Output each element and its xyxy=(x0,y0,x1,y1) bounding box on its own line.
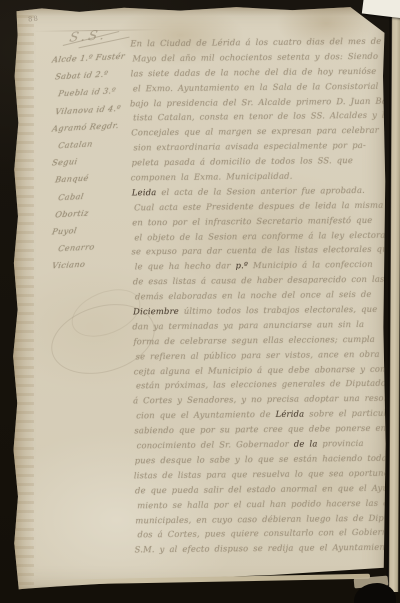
faint-ink-text: peleta pasada á domicilio de todos los S… xyxy=(132,155,354,167)
manuscript-photo: 88 S.S. Alcde 1.º FustérSabat id 2.ºPueb… xyxy=(0,0,400,603)
faint-ink-text: sion extraordinaria avisada especialment… xyxy=(133,140,366,152)
faint-ink-text: dos á Cortes, pues quiere consultarlo co… xyxy=(137,527,400,540)
faint-ink-text: están próximas, las elecciones generales… xyxy=(136,378,391,391)
faint-ink-text: Mayo del año mil ochocientos setenta y d… xyxy=(132,51,378,64)
faint-ink-text: cion que el Ayuntamiento de xyxy=(136,409,275,420)
faint-ink-text: Municipio á la confeccion xyxy=(253,259,373,270)
faint-ink-text: se expuso para dar cuenta de las listas … xyxy=(131,244,393,257)
faint-ink-text: Concejales que al margen se expresan par… xyxy=(131,125,400,138)
faint-ink-text: el acta de la Sesion anterior fue aproba… xyxy=(161,185,365,197)
next-page-edge xyxy=(386,10,400,592)
faint-ink-text: miento se halla por el cual han podido h… xyxy=(137,497,400,510)
faint-ink-text: bajo la presidencia del Sr. Alcalde prim… xyxy=(130,95,396,108)
faint-ink-text: dan ya terminadas ya para anunciarse aun… xyxy=(132,319,364,331)
dark-ink-word: de la xyxy=(294,438,323,448)
faint-ink-text: sabiendo que por su parte cree que debe … xyxy=(134,423,386,436)
faint-ink-text: el Exmo. Ayuntamiento en la Sala de la C… xyxy=(133,80,379,93)
faint-ink-text: S.M. y al efecto dispuso se redija que e… xyxy=(135,542,394,555)
faint-ink-text: en tono por el infrascrito Secretario ma… xyxy=(132,215,372,228)
dark-ink-word: Leida xyxy=(132,187,162,197)
faint-ink-text: último todos los trabajos electorales, q… xyxy=(184,304,378,316)
dark-ink-word: p.º xyxy=(236,260,254,270)
manuscript-page: 88 S.S. Alcde 1.º FustérSabat id 2.ºPueb… xyxy=(12,6,386,590)
faint-ink-text: municipales, en cuyo caso débieran luego… xyxy=(135,512,400,525)
faint-ink-text: sobre el particular xyxy=(309,408,396,419)
next-page-white-corner xyxy=(362,0,400,18)
faint-ink-text: le que ha hecho dar xyxy=(135,261,236,272)
faint-ink-text: listas de listas para que resuelva lo qu… xyxy=(134,467,400,480)
faint-ink-text: tista Catalan, consta en tenor de los SS… xyxy=(133,110,394,123)
page-top-shadow xyxy=(12,6,386,16)
faint-ink-text: forma de celebrarse segun ellas eleccion… xyxy=(133,334,375,347)
faint-ink-text: demás elaboradas en la noche del once al… xyxy=(135,289,372,301)
faint-ink-text: componen la Exma. Municipalidad. xyxy=(131,171,293,183)
faint-ink-text: el objeto de la Sesion era conforme á la… xyxy=(134,229,388,242)
deckle-edge xyxy=(12,6,34,590)
faint-ink-text: se refieren al público para ser vistos, … xyxy=(136,348,380,361)
faint-ink-text: pues desque lo sabe y lo que se están ha… xyxy=(135,452,400,465)
faint-ink-text: de esas listas á causa de haber desapare… xyxy=(133,274,385,287)
manuscript-text: En la Ciudad de Lérida á los cuatro dias… xyxy=(130,36,391,560)
faint-ink-text: de que pueda salir del estado anormal en… xyxy=(135,482,400,495)
dark-ink-word: Diciembre xyxy=(133,306,184,317)
faint-ink-text: provincia xyxy=(322,438,363,448)
faint-ink-text: Cual acta este Presidente despues de lei… xyxy=(134,200,383,213)
manuscript-line: S.M. y al efecto dispuso se redija que e… xyxy=(135,542,392,560)
dark-ink-word: Lérida xyxy=(276,409,310,419)
faint-ink-text: á Cortes y Senadores, y no precisa adopt… xyxy=(133,393,395,406)
faint-ink-text: conocimiento del Sr. Gobernador xyxy=(136,439,293,451)
faint-ink-text: En la Ciudad de Lérida á los cuatro dias… xyxy=(130,36,381,49)
pencil-folio-number: 88 xyxy=(28,14,40,23)
faint-ink-text: las siete dadas de la noche del dia de h… xyxy=(131,66,377,79)
faint-ink-text: cejta alguna el Municipio á que debe abo… xyxy=(134,363,394,376)
